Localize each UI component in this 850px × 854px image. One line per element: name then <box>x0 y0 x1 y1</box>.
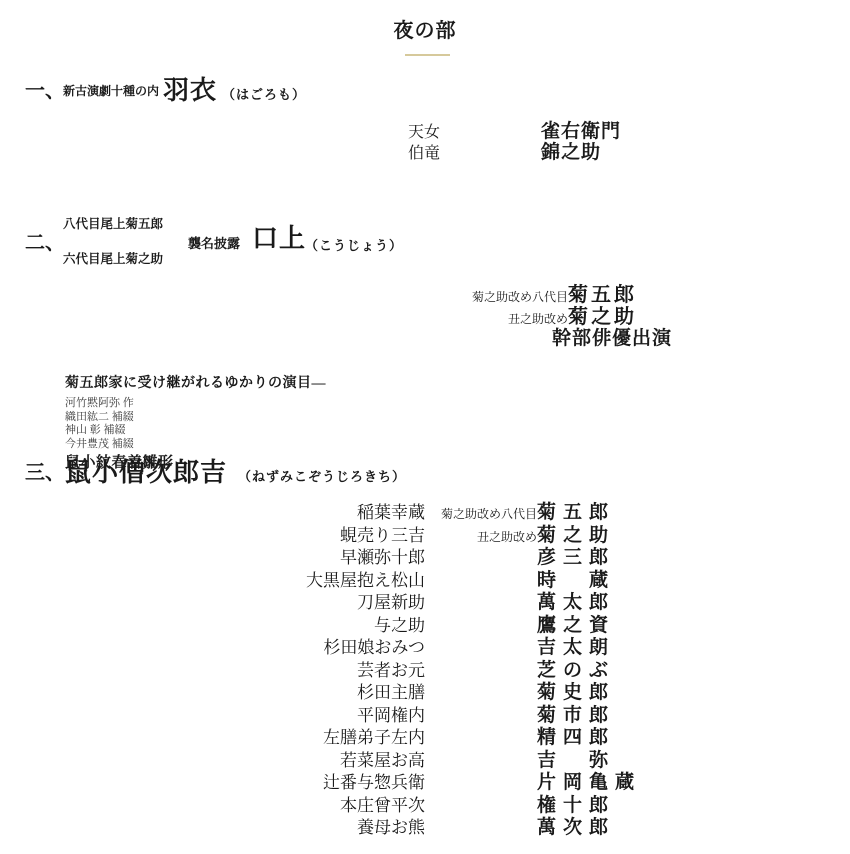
cast-row: 丑之助改め 菊之助 <box>508 306 637 328</box>
cast-row: 芸者お元 芝のぶ <box>275 660 641 683</box>
cast-role: 与之助 <box>275 615 425 638</box>
cast-role: 伯竜 <box>408 143 541 164</box>
cast-actor: 菊史郎 <box>537 682 615 705</box>
page-title: 夜の部 <box>0 21 850 41</box>
cast-role: 左膳弟子左内 <box>275 727 425 750</box>
act2-title: 口上 <box>252 226 306 252</box>
cast-actor: 菊市郎 <box>537 705 615 728</box>
act1-number: 一、 <box>25 81 65 101</box>
cast-row: 左膳弟子左内 精四郎 <box>275 727 641 750</box>
cast-actor: 菊五郎 <box>568 284 637 306</box>
cast-actor: 時 蔵 <box>537 570 615 593</box>
cast-actor: 錦之助 <box>541 142 601 163</box>
cast-role: 杉田娘おみつ <box>275 637 425 660</box>
act2-cast-list: 菊之助改め八代目 菊五郎 丑之助改め 菊之助 幹部俳優出演 <box>472 284 637 350</box>
act2-succession-name-2: 六代目尾上菊之助 <box>63 253 163 266</box>
act2-title-reading: （こうじょう） <box>305 239 403 252</box>
cast-row: 本庄曾平次 権十郎 <box>275 795 641 818</box>
cast-role: 大黒屋抱え松山 <box>275 570 425 593</box>
cast-actor: 吉太朗 <box>537 637 615 660</box>
cast-row: 刀屋新助 萬太郎 <box>275 592 641 615</box>
cast-actor: 菊五郎 <box>537 502 615 525</box>
cast-actor: 萬太郎 <box>537 592 615 615</box>
cast-actor: 芝のぶ <box>537 660 615 683</box>
cast-role: 刀屋新助 <box>275 592 425 615</box>
act1-cast-list: 天女 雀右衛門 伯竜 錦之助 <box>408 121 621 163</box>
act3-intro-heading: 菊五郎家に受け継がれるゆかりの演目― <box>65 375 326 393</box>
cast-role: 養母お熊 <box>275 817 425 840</box>
cast-row: 幹部俳優出演 <box>552 328 672 350</box>
act2-announcement-label: 襲名披露 <box>188 237 240 250</box>
title-divider-rule <box>405 54 450 56</box>
act3-number: 三、 <box>25 463 65 483</box>
cast-row: 平岡権内 菊市郎 <box>275 705 641 728</box>
act2-succession-name-1: 八代目尾上菊五郎 <box>63 218 163 231</box>
act1-series-label: 新古演劇十種の内 <box>63 85 159 97</box>
cast-actor: 雀右衛門 <box>541 121 621 142</box>
cast-actor: 彦三郎 <box>537 547 615 570</box>
cast-role: 本庄曾平次 <box>275 795 425 818</box>
act2-number: 二、 <box>25 233 65 253</box>
cast-actor: 権十郎 <box>537 795 615 818</box>
cast-role: 稲葉幸蔵 <box>275 502 425 525</box>
cast-role: 天女 <box>408 122 541 143</box>
credit-line: 河竹黙阿弥 作 <box>65 397 326 411</box>
cast-role: 早瀬弥十郎 <box>275 547 425 570</box>
act1-title: 羽衣 <box>163 78 217 104</box>
cast-actor: 菊之助 <box>537 525 615 548</box>
cast-row: 大黒屋抱え松山 時 蔵 <box>275 570 641 593</box>
program-page: { "page": { "title": "夜の部" }, "acts": [ … <box>0 0 850 854</box>
act3-title-reading: （ねずみこぞうじろきち） <box>238 470 406 483</box>
cast-actor-prefix: 菊之助改め八代目 <box>472 286 568 308</box>
credit-line: 今井豊茂 補綴 <box>65 438 326 452</box>
cast-actor: 片岡亀蔵 <box>537 772 641 795</box>
credit-line: 神山 彰 補綴 <box>65 424 326 438</box>
cast-row: 杉田主膳 菊史郎 <box>275 682 641 705</box>
act1-title-reading: （はごろも） <box>222 88 306 101</box>
cast-actor: 精四郎 <box>537 727 615 750</box>
credit-line: 織田紘二 補綴 <box>65 411 326 425</box>
cast-row: 天女 雀右衛門 <box>408 121 621 142</box>
cast-row: 若菜屋お高 吉 弥 <box>275 750 641 773</box>
cast-role: 辻番与惣兵衛 <box>275 772 425 795</box>
cast-row: 養母お熊 萬次郎 <box>275 817 641 840</box>
cast-row: 蜆売り三吉 丑之助改め 菊之助 <box>275 525 641 548</box>
cast-actor-prefix: 丑之助改め <box>425 526 537 549</box>
cast-row: 早瀬弥十郎 彦三郎 <box>275 547 641 570</box>
cast-row: 菊之助改め八代目 菊五郎 <box>472 284 637 306</box>
cast-role: 蜆売り三吉 <box>275 525 425 548</box>
cast-row: 杉田娘おみつ 吉太朗 <box>275 637 641 660</box>
act3-credits-list: 河竹黙阿弥 作 織田紘二 補綴 神山 彰 補綴 今井豊茂 補綴 <box>65 397 326 451</box>
act3-title: 鼠小僧次郎吉 <box>65 460 227 486</box>
cast-actor: 菊之助 <box>568 306 637 328</box>
cast-row: 辻番与惣兵衛 片岡亀蔵 <box>275 772 641 795</box>
cast-actor: 幹部俳優出演 <box>552 328 672 350</box>
cast-role: 芸者お元 <box>275 660 425 683</box>
cast-actor: 鷹之資 <box>537 615 615 638</box>
cast-role: 平岡権内 <box>275 705 425 728</box>
cast-row: 与之助 鷹之資 <box>275 615 641 638</box>
act3-cast-list: 稲葉幸蔵 菊之助改め八代目 菊五郎 蜆売り三吉 丑之助改め 菊之助 早瀬弥十郎 … <box>275 502 641 840</box>
cast-actor-prefix: 丑之助改め <box>508 308 568 330</box>
cast-actor: 萬次郎 <box>537 817 615 840</box>
cast-actor: 吉 弥 <box>537 750 615 773</box>
cast-role: 杉田主膳 <box>275 682 425 705</box>
cast-row: 伯竜 錦之助 <box>408 142 621 163</box>
cast-row: 稲葉幸蔵 菊之助改め八代目 菊五郎 <box>275 502 641 525</box>
cast-role: 若菜屋お高 <box>275 750 425 773</box>
cast-actor-prefix: 菊之助改め八代目 <box>425 503 537 526</box>
